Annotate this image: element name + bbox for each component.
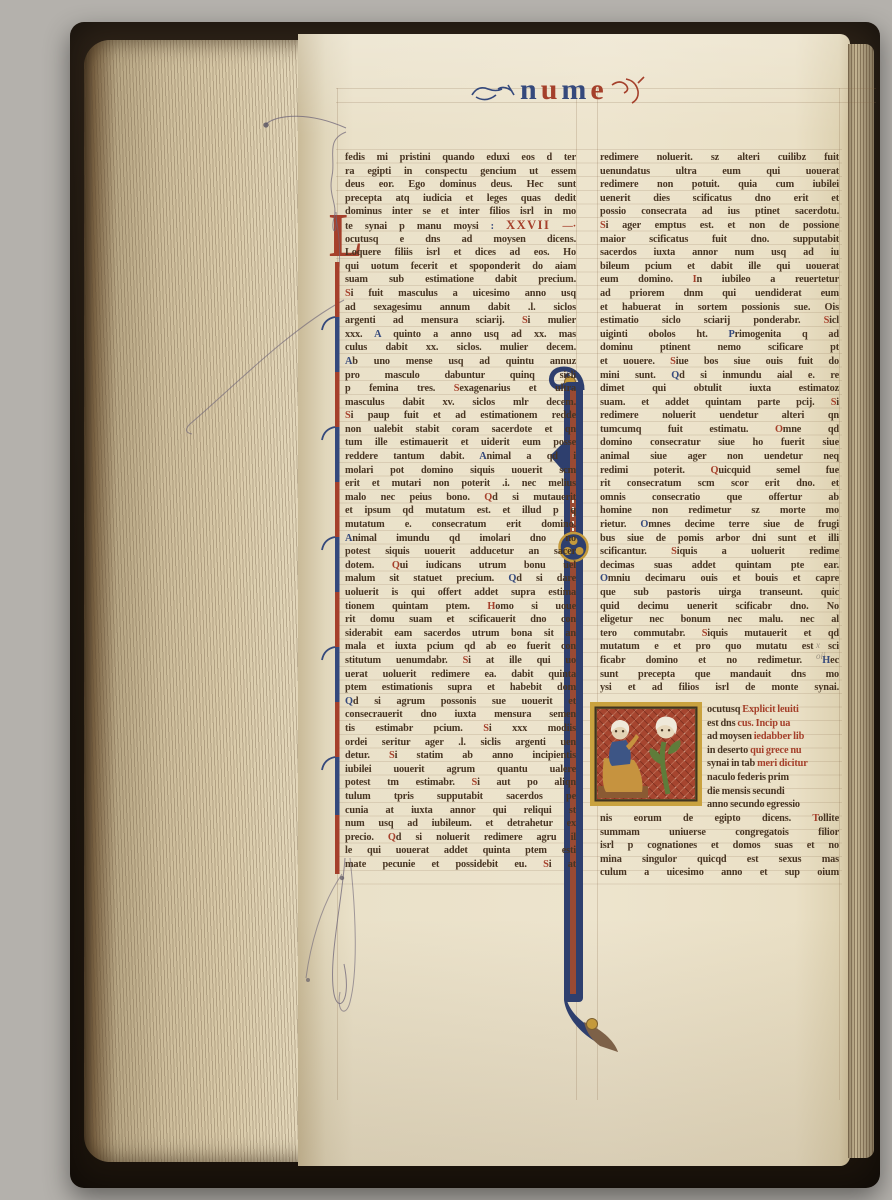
text-line: eum domino. In iubileo a reuertetur bbox=[600, 273, 839, 287]
text-line: naculo federis prim bbox=[707, 771, 839, 785]
body-text: et uouere. bbox=[600, 356, 670, 367]
body-text: bus siue de pomis arbor dni sunt et illi bbox=[600, 533, 839, 544]
text-line: detur. Si statim ab anno incipientis bbox=[345, 749, 576, 763]
body-text: dominus inter se et inter filios isrl in… bbox=[345, 206, 576, 217]
text-line: tionem quintam ptem. Homo si uoue bbox=[345, 600, 576, 614]
body-text: maior scificatus fuit dno. supputabit bbox=[600, 234, 839, 245]
body-text: iubilei uouerit agrum quantu ualere bbox=[345, 764, 576, 775]
body-text: isrl p cognationes et domos suas et no bbox=[600, 840, 839, 851]
text-line: dotem. Qui iudicans utrum bonu uel bbox=[345, 559, 576, 573]
body-text: d si dare bbox=[516, 573, 576, 584]
body-text: culum a uicesimo anno et sup oium bbox=[600, 867, 839, 878]
text-line: ptem estimationis supra et habebit dom bbox=[345, 681, 576, 695]
text-line: nis eorum de egipto dicens. Tollite bbox=[600, 812, 839, 826]
body-text: i fuit masculus a uicesimo anno usq bbox=[351, 288, 576, 299]
header-word-nume: nume bbox=[518, 73, 606, 107]
text-line: erit et mutari non poterit .i. nec meliu… bbox=[345, 477, 576, 491]
body-text: potest siquis uouerit adducetur an sacer bbox=[345, 546, 576, 557]
text-line: et uouere. Siue bos siue ouis fuit do bbox=[600, 355, 839, 369]
body-text: mutatum e et pro quo mutatu est sci bbox=[600, 641, 839, 652]
body-text: eligetur nec bonum nec malu. nec al bbox=[600, 614, 839, 625]
text-line: Qd si agrum possonis sue uouerit et bbox=[345, 695, 576, 709]
body-text: d si inmundu aial e. re bbox=[679, 370, 839, 381]
text-line: ad priorem dnm qui uendiderat eum bbox=[600, 287, 839, 301]
body-text: mina singulor quicqd est sexus mas bbox=[600, 854, 839, 865]
text-line: p femina tres. Sexagenarius et ultra bbox=[345, 382, 576, 396]
body-text: d si mutauerit bbox=[492, 492, 576, 503]
body-text: num usq ad iubileum. et detrahetur ex bbox=[345, 818, 576, 829]
body-text: eum domino. bbox=[600, 274, 693, 285]
right-text-column-beside-miniature: ocutusq Explicit leuitiest dns cus. Inci… bbox=[707, 703, 839, 812]
body-text: detur. bbox=[345, 750, 389, 761]
body-text: nis eorum de egipto dicens. bbox=[600, 813, 812, 824]
body-text: et habuerat in sortem possionis sue. Ois bbox=[600, 302, 839, 313]
body-text: suam. et addet quintam parte pcij. bbox=[600, 397, 831, 408]
body-text: deus eor. Ego dominus deus. Hec sunt bbox=[345, 179, 576, 190]
text-line: dominus inter se et inter filios isrl in… bbox=[345, 205, 576, 219]
body-text: decimas suas addet quintam pte ear. bbox=[600, 560, 839, 571]
text-line: et ipsum qd mutatum est. et illud p q bbox=[345, 504, 576, 518]
body-text: dominu ptinent nemo scificare pt bbox=[600, 342, 839, 353]
right-fore-edge bbox=[848, 44, 874, 1158]
text-line: dimet qui obtulit iuxta estimatoz bbox=[600, 382, 839, 396]
body-text: estimatio siclo sciarij ponderabr. bbox=[600, 315, 824, 326]
body-text: i paup fuit et ad estimationem redde bbox=[351, 410, 576, 421]
rubricated-text: —· bbox=[550, 221, 576, 232]
header-letter: u bbox=[539, 73, 560, 106]
miniature-panel bbox=[590, 702, 702, 806]
text-line: in deserto qui grece nu bbox=[707, 744, 839, 758]
body-text: nimal a qd i bbox=[487, 451, 576, 462]
right-text-column-bottom: nis eorum de egipto dicens. Tollitesumma… bbox=[600, 812, 839, 880]
body-text: anno secundo egressio bbox=[707, 799, 800, 810]
rubricated-text: A bbox=[374, 329, 381, 340]
pen-flourish-icon bbox=[606, 73, 650, 107]
text-line: masculus dabit xv. siclos mlr decem. bbox=[345, 396, 576, 410]
body-text: cunia at iuxta annor qui reliqui st bbox=[345, 805, 576, 816]
text-line: Si paup fuit et ad estimationem redde bbox=[345, 409, 576, 423]
body-text: uenerit dies scificatus dno erit et bbox=[600, 193, 839, 204]
text-line: malum sit statuet precium. Qd si dare bbox=[345, 572, 576, 586]
text-line: molari pot domino siquis uouerit scm bbox=[345, 464, 576, 478]
body-text: sunt precepta que mandauit dns mo bbox=[600, 669, 839, 680]
body-text: ad moysen bbox=[707, 731, 752, 742]
text-line: homine non redimetur sz morte mo bbox=[600, 504, 839, 518]
text-line: redimere non potuit. quia cum iubilei bbox=[600, 178, 839, 192]
body-text: uiginti obolos ht. bbox=[600, 329, 728, 340]
body-text: p femina tres. bbox=[345, 383, 454, 394]
body-text: tionem quintam ptem. bbox=[345, 601, 487, 612]
body-text: ficabr domino et no redimetur. bbox=[600, 655, 822, 666]
body-text: i ager emptus est. et non de possione bbox=[606, 220, 839, 231]
text-line: Si ager emptus est. et non de possione bbox=[600, 219, 839, 233]
text-line: decimas suas addet quintam pte ear. bbox=[600, 559, 839, 573]
body-text: i mulier bbox=[528, 315, 576, 326]
body-text: ra egipti in conspectu gencium ut essem bbox=[345, 166, 576, 177]
text-line: precepta atq iudicia et leges quas dedit bbox=[345, 192, 576, 206]
text-line: qui uotum fecerit et spoponderit do aiam bbox=[345, 260, 576, 274]
body-text: mutatum e. consecratum erit domino. bbox=[345, 519, 576, 530]
body-text: bileum pcium et dabit ille qui uouerat bbox=[600, 261, 839, 272]
body-text: tulum tpris supputabit sacerdos pe bbox=[345, 791, 576, 802]
text-line: mini sunt. Qd si inmundu aial e. re bbox=[600, 369, 839, 383]
body-text: xxx. bbox=[345, 329, 374, 340]
text-line: malo nec peius bono. Qd si mutauerit bbox=[345, 491, 576, 505]
text-line: fedis mi pristini quando eduxi eos d ter bbox=[345, 151, 576, 165]
text-line: omnis consecratio que offertur ab bbox=[600, 491, 839, 505]
rubricated-text: qui grece nu bbox=[748, 745, 801, 756]
body-text: masculus dabit xv. siclos mlr decem. bbox=[345, 397, 576, 408]
text-line: scificantur. Siquis a uoluerit redime bbox=[600, 545, 839, 559]
text-line: le qui uouerat addet quinta ptem esti bbox=[345, 844, 576, 858]
body-text: scificantur. bbox=[600, 546, 671, 557]
body-text: mne qd bbox=[783, 424, 839, 435]
text-line: tulum tpris supputabit sacerdos pe bbox=[345, 790, 576, 804]
text-line: argenti ad mensura sciarij. Si mulier bbox=[345, 314, 576, 328]
body-text: iquis a uoluerit redime bbox=[677, 546, 839, 557]
body-text: stitutum uenumdabr. bbox=[345, 655, 463, 666]
body-text: ysi et ad filios isrl de monte synai. bbox=[600, 682, 839, 693]
body-text: domino consecratur siue ho fuerit siue bbox=[600, 437, 839, 448]
body-text: b uno mense usq ad quintu annuz bbox=[352, 356, 576, 367]
pen-flourish-lower-left bbox=[298, 852, 418, 1022]
body-text: i at bbox=[549, 859, 576, 870]
pencil-marginalia: xoii bbox=[816, 640, 826, 662]
body-text: iue bos siue ouis fuit do bbox=[676, 356, 839, 367]
body-text: summam uniuerse congregatois filior bbox=[600, 827, 839, 838]
text-line: ad moysen iedabber lib bbox=[707, 730, 839, 744]
text-line: sacerdos iuxta annor num usq ad iu bbox=[600, 246, 839, 260]
body-text: precepta atq iudicia et leges quas dedit bbox=[345, 193, 576, 204]
body-text: rit domu suam et scificauerit dno con bbox=[345, 614, 576, 625]
text-line: mate pecunie et possidebit eu. Si at bbox=[345, 858, 576, 872]
text-line: te synai p manu moysi : XXVII —· bbox=[345, 219, 576, 233]
body-text: malo nec peius bono. bbox=[345, 492, 484, 503]
body-text: possio consecrata ad ius ptinet sacerdot… bbox=[600, 206, 839, 217]
text-line: culus dabit xx. siclos. mulier decem. bbox=[345, 341, 576, 355]
rubricated-text: O bbox=[600, 573, 608, 584]
body-text: tis estimabr pcium. bbox=[345, 723, 483, 734]
body-text: omo si uoue bbox=[495, 601, 576, 612]
body-text: reddere tantum dabit. bbox=[345, 451, 479, 462]
body-text: fedis mi pristini quando eduxi eos d ter bbox=[345, 152, 576, 163]
text-line: redimi poterit. Quicquid semel fue bbox=[600, 464, 839, 478]
text-line: pro masculo dabuntur quinq sicli bbox=[345, 369, 576, 383]
body-text: siderabit eam sacerdos utrum bona sit an bbox=[345, 628, 576, 639]
body-text: qui uotum fecerit et spoponderit do aiam bbox=[345, 261, 576, 272]
rubricated-text: Q bbox=[345, 696, 353, 707]
text-line: isrl p cognationes et domos suas et no bbox=[600, 839, 839, 853]
body-text: dotem. bbox=[345, 560, 392, 571]
text-line: ordei seritur ager .l. siclis argenti ue… bbox=[345, 736, 576, 750]
text-line: Si fuit masculus a uicesimo anno usq bbox=[345, 287, 576, 301]
text-line: die mensis secundi bbox=[707, 785, 839, 799]
text-line: ra egipti in conspectu gencium ut essem bbox=[345, 165, 576, 179]
rubricated-text: Q bbox=[508, 573, 516, 584]
body-text: que sub pastoris uirga transeunt. quic bbox=[600, 587, 839, 598]
text-line: uenerit dies scificatus dno erit et bbox=[600, 192, 839, 206]
rubricated-text: Explicit leuiti bbox=[740, 704, 798, 715]
text-line: xxx. A quinto a anno usq ad xx. mas bbox=[345, 328, 576, 342]
body-text: tumcumq fuit estimatu. bbox=[600, 424, 775, 435]
text-line: possio consecrata ad ius ptinet sacerdot… bbox=[600, 205, 839, 219]
body-text: argenti ad mensura sciarij. bbox=[345, 315, 522, 326]
text-line: uerat uoluerit redimere ea. dabit quinta bbox=[345, 668, 576, 682]
text-line: redimere noluerit uendetur alteri qn bbox=[600, 409, 839, 423]
text-line: ficabr domino et no redimetur. Hec bbox=[600, 654, 839, 668]
text-line: rit consecratum scm scor erit dno. et bbox=[600, 477, 839, 491]
text-line: consecrauerit dno iuxta mensura semen bbox=[345, 708, 576, 722]
body-text: n iubileo a reuertetur bbox=[696, 274, 839, 285]
rubricated-text: meri dicitur bbox=[755, 758, 808, 769]
body-text: animal siue ager non uendetur neq bbox=[600, 451, 839, 462]
vertical-ruling-line bbox=[839, 88, 840, 1100]
body-text: potest tm estimabr. bbox=[345, 777, 472, 788]
rubricated-text: Q bbox=[388, 832, 396, 843]
body-text: i aut po aliqn bbox=[477, 777, 576, 788]
body-text: molari pot domino siquis uouerit scm bbox=[345, 465, 576, 476]
text-line: mutatum e et pro quo mutatu est sci bbox=[600, 640, 839, 654]
text-line: ocutusq e dns ad moysen dicens. bbox=[345, 233, 576, 247]
text-line: stitutum uenumdabr. Si at ille qui uo bbox=[345, 654, 576, 668]
text-line: culum a uicesimo anno et sup oium bbox=[600, 866, 839, 880]
body-text: i at ille qui uo bbox=[468, 655, 576, 666]
text-line: Omniu decimaru ouis et bouis et capre bbox=[600, 572, 839, 586]
text-line: et habuerat in sortem possionis sue. Ois bbox=[600, 301, 839, 315]
body-text: iquis mutauerit et qd bbox=[707, 628, 839, 639]
body-text: ptem estimationis supra et habebit dom bbox=[345, 682, 576, 693]
body-text: mate pecunie et possidebit eu. bbox=[345, 859, 543, 870]
rubricated-text: cus. Incip ua bbox=[736, 718, 791, 729]
text-line: non ualebit stabit coram sacerdote et qn bbox=[345, 423, 576, 437]
text-line: animal siue ager non uendetur neq bbox=[600, 450, 839, 464]
text-line: anno secundo egressio bbox=[707, 798, 839, 812]
text-line: tum ille estimauerit et uiderit eum poss… bbox=[345, 436, 576, 450]
body-text: malum sit statuet precium. bbox=[345, 573, 508, 584]
text-line: redimere noluerit. sz alteri cuilibz fui… bbox=[600, 151, 839, 165]
body-text: ollite bbox=[818, 813, 839, 824]
body-text: ocutusq e dns ad moysen dicens. bbox=[345, 234, 576, 245]
body-text: homine non redimetur sz morte mo bbox=[600, 505, 839, 516]
body-text: d si agrum possonis sue uouerit et bbox=[353, 696, 576, 707]
body-text: ec bbox=[830, 655, 839, 666]
body-text: uerat uoluerit redimere ea. dabit quinta bbox=[345, 669, 576, 680]
body-text: ad sexagesimu annum dabit .l. siclos bbox=[345, 302, 576, 313]
text-line: rit domu suam et scificauerit dno con bbox=[345, 613, 576, 627]
body-text: pro masculo dabuntur quinq sicli bbox=[345, 370, 576, 381]
body-text: et ipsum qd mutatum est. et illud p q bbox=[345, 505, 576, 516]
rubricated-text: Q bbox=[392, 560, 400, 571]
text-line: iubilei uouerit agrum quantu ualere bbox=[345, 763, 576, 777]
body-text: i statim ab anno incipientis bbox=[395, 750, 576, 761]
body-text: culus dabit xx. siclos. mulier decem. bbox=[345, 342, 576, 353]
right-text-column-upper: redimere noluerit. sz alteri cuilibz fui… bbox=[600, 151, 839, 696]
text-line: que sub pastoris uirga transeunt. quic bbox=[600, 586, 839, 600]
body-text: mini sunt. bbox=[600, 370, 671, 381]
text-line: tis estimabr pcium. Si xxx modiis bbox=[345, 722, 576, 736]
rubricated-text: : bbox=[491, 221, 506, 232]
body-text: mnes decime terre siue de frugi bbox=[648, 519, 839, 530]
body-text: naculo federis prim bbox=[707, 772, 789, 783]
text-line: rietur. Omnes decime terre siue de frugi bbox=[600, 518, 839, 532]
text-line: uenundatus ultra eum qui uouerat bbox=[600, 165, 839, 179]
pen-flourish-icon bbox=[468, 75, 518, 105]
manuscript-photo: nume L bbox=[0, 0, 892, 1200]
text-line: potest siquis uouerit adducetur an sacer bbox=[345, 545, 576, 559]
body-text: redimere non potuit. quia cum iubilei bbox=[600, 179, 839, 190]
text-line: estimatio siclo sciarij ponderabr. Sicl bbox=[600, 314, 839, 328]
text-line: maior scificatus fuit dno. supputabit bbox=[600, 233, 839, 247]
body-text: precio. bbox=[345, 832, 388, 843]
text-line: bus siue de pomis arbor dni sunt et illi bbox=[600, 532, 839, 546]
rubricated-text: iedabber lib bbox=[752, 731, 804, 742]
body-text: suam sub estimatione dabit precium. bbox=[345, 274, 576, 285]
text-line: Loquere filiis isrl et dices ad eos. Ho bbox=[345, 246, 576, 260]
text-line: ad sexagesimu annum dabit .l. siclos bbox=[345, 301, 576, 315]
body-text: rietur. bbox=[600, 519, 640, 530]
body-text: i bbox=[836, 397, 839, 408]
text-line: Ab uno mense usq ad quintu annuz bbox=[345, 355, 576, 369]
rubricated-text: A bbox=[479, 451, 486, 462]
text-line: summam uniuerse congregatois filior bbox=[600, 826, 839, 840]
text-line: bileum pcium et dabit ille qui uouerat bbox=[600, 260, 839, 274]
body-text: nimal imundu qd imolari dno no bbox=[352, 533, 576, 544]
text-line: precio. Qd si noluerit redimere agru il bbox=[345, 831, 576, 845]
text-line: siderabit eam sacerdos utrum bona sit an bbox=[345, 627, 576, 641]
body-text: le qui uouerat addet quinta ptem esti bbox=[345, 845, 576, 856]
rubricated-text: Q bbox=[484, 492, 492, 503]
text-line: uoluerit is qui offert addet supra estim… bbox=[345, 586, 576, 600]
rubricated-text: Q bbox=[671, 370, 679, 381]
text-line: synai in tab meri dicitur bbox=[707, 757, 839, 771]
body-text: mniu decimaru ouis et bouis et capre bbox=[608, 573, 839, 584]
body-text: uicquid semel fue bbox=[718, 465, 839, 476]
text-line: suam. et addet quintam parte pcij. Si bbox=[600, 396, 839, 410]
body-text: die mensis secundi bbox=[707, 786, 785, 797]
marginalia-mark: oii bbox=[816, 651, 826, 662]
text-line: reddere tantum dabit. Animal a qd i bbox=[345, 450, 576, 464]
body-text: redimere noluerit uendetur alteri qn bbox=[600, 410, 839, 421]
text-line: potest tm estimabr. Si aut po aliqn bbox=[345, 776, 576, 790]
body-text: quid decimu uenerit scificabr dno. No bbox=[600, 601, 839, 612]
text-line: tero commutabr. Siquis mutauerit et qd bbox=[600, 627, 839, 641]
header-letter: e bbox=[588, 73, 605, 106]
body-text: dimet qui obtulit iuxta estimatoz bbox=[600, 383, 839, 394]
body-text: tum ille estimauerit et uiderit eum poss… bbox=[345, 437, 576, 448]
body-text: uoluerit is qui offert addet supra estim… bbox=[345, 587, 576, 598]
body-text: consecrauerit dno iuxta mensura semen bbox=[345, 709, 576, 720]
body-text: uenundatus ultra eum qui uouerat bbox=[600, 166, 839, 177]
body-text: te synai p manu moysi bbox=[345, 221, 491, 232]
text-line: dominu ptinent nemo scificare pt bbox=[600, 341, 839, 355]
body-text: ordei seritur ager .l. siclis argenti ue… bbox=[345, 737, 576, 748]
body-text: tero commutabr. bbox=[600, 628, 702, 639]
text-line: mina singulor quicqd est sexus mas bbox=[600, 853, 839, 867]
text-line: ysi et ad filios isrl de monte synai. bbox=[600, 681, 839, 695]
body-text: rimogenita q ad bbox=[735, 329, 839, 340]
body-text: mala et iuxta pcium qd ab eo fuerit con bbox=[345, 641, 576, 652]
body-text: rit consecratum scm scor erit dno. et bbox=[600, 478, 839, 489]
text-line: suam sub estimatione dabit precium. bbox=[345, 273, 576, 287]
text-line: mala et iuxta pcium qd ab eo fuerit con bbox=[345, 640, 576, 654]
text-line: mutatum e. consecratum erit domino. bbox=[345, 518, 576, 532]
text-line: ocutusq Explicit leuiti bbox=[707, 703, 839, 717]
body-text: icl bbox=[829, 315, 839, 326]
body-text: d si noluerit redimere agru il bbox=[396, 832, 576, 843]
header-letter: n bbox=[518, 73, 539, 106]
text-line: uiginti obolos ht. Primogenita q ad bbox=[600, 328, 839, 342]
text-line: sunt precepta que mandauit dns mo bbox=[600, 668, 839, 682]
body-text: redimere noluerit. sz alteri cuilibz fui… bbox=[600, 152, 839, 163]
body-text: Loquere filiis isrl et dices ad eos. Ho bbox=[345, 247, 576, 258]
text-line: deus eor. Ego dominus deus. Hec sunt bbox=[345, 178, 576, 192]
text-line: est dns cus. Incip ua bbox=[707, 717, 839, 731]
body-text: omnis consecratio que offertur ab bbox=[600, 492, 839, 503]
marginalia-mark: x bbox=[816, 640, 826, 651]
text-line: eligetur nec bonum nec malu. nec al bbox=[600, 613, 839, 627]
miniature-two-figures bbox=[590, 702, 702, 806]
rubricated-text: XXVII bbox=[506, 219, 550, 232]
running-header: nume bbox=[468, 70, 650, 110]
body-text: ad priorem dnm qui uendiderat eum bbox=[600, 288, 839, 299]
body-text: ocutusq bbox=[707, 704, 740, 715]
body-text: sacerdos iuxta annor num usq ad iu bbox=[600, 247, 839, 258]
header-letter: m bbox=[559, 73, 588, 106]
text-line: Animal imundu qd imolari dno no bbox=[345, 532, 576, 546]
left-text-column: fedis mi pristini quando eduxi eos d ter… bbox=[345, 151, 576, 871]
body-text: exagenarius et ultra bbox=[459, 383, 576, 394]
body-text: redimi poterit. bbox=[600, 465, 711, 476]
text-line: tumcumq fuit estimatu. Omne qd bbox=[600, 423, 839, 437]
body-text: i xxx modiis bbox=[489, 723, 576, 734]
text-line: domino consecratur siue ho fuerit siue bbox=[600, 436, 839, 450]
text-line: num usq ad iubileum. et detrahetur ex bbox=[345, 817, 576, 831]
body-text: in deserto bbox=[707, 745, 748, 756]
body-text: synai in tab bbox=[707, 758, 755, 769]
body-text: est dns bbox=[707, 718, 736, 729]
body-text: erit et mutari non poterit .i. nec meliu… bbox=[345, 478, 576, 489]
body-text: quinto a anno usq ad xx. mas bbox=[381, 329, 576, 340]
body-text: non ualebit stabit coram sacerdote et qn bbox=[345, 424, 576, 435]
text-line: cunia at iuxta annor qui reliqui st bbox=[345, 804, 576, 818]
rubricated-text: O bbox=[775, 424, 783, 435]
body-text: ui iudicans utrum bonu uel bbox=[400, 560, 576, 571]
text-line: quid decimu uenerit scificabr dno. No bbox=[600, 600, 839, 614]
